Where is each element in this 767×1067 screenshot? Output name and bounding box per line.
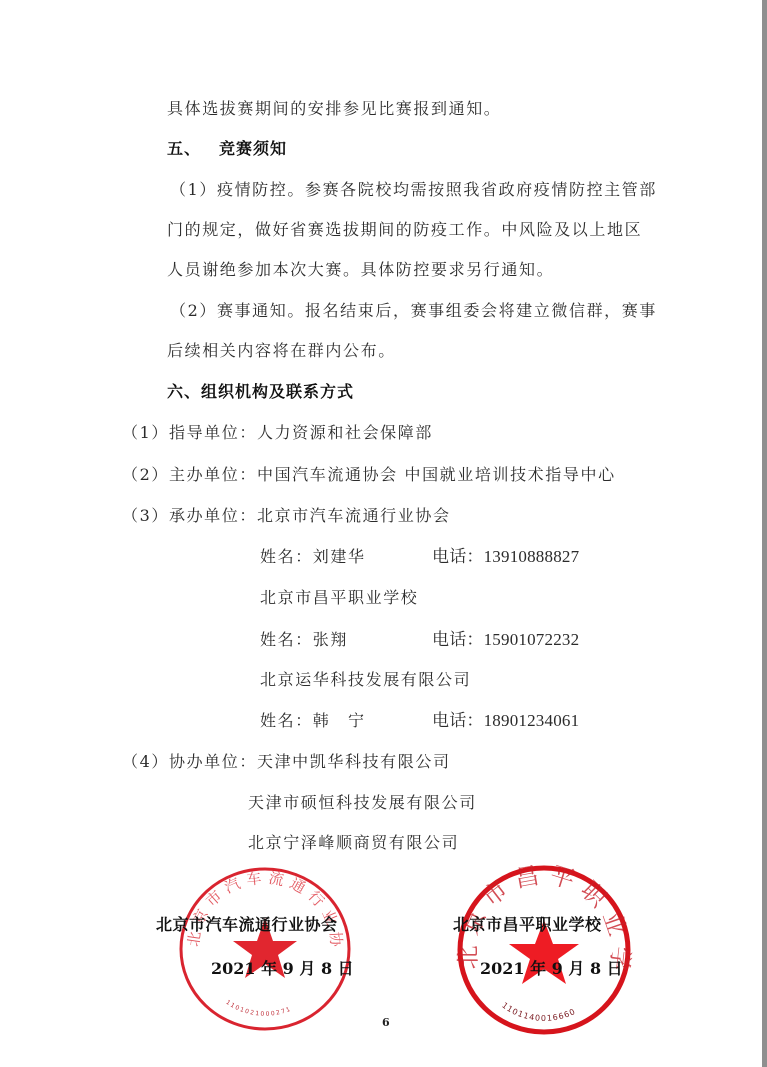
contact-phone: 电话：13910888827 bbox=[432, 547, 579, 567]
section-5-heading: 五、竞赛须知 bbox=[167, 139, 287, 159]
paragraph-line: （2）赛事通知。报名结束后，赛事组委会将建立微信群，赛事 bbox=[170, 301, 657, 321]
section-6-heading: 六、组织机构及联系方式 bbox=[167, 382, 354, 402]
contact-phone: 电话：15901072232 bbox=[432, 630, 579, 650]
signature-org: 北京市汽车流通行业协会 bbox=[156, 912, 338, 935]
contact-name: 姓名：张翔 bbox=[260, 630, 348, 650]
co-organizer: 天津市硕恒科技发展有限公司 bbox=[248, 793, 477, 813]
co-organizer-unit: （4）协办单位：天津中凯华科技有限公司 bbox=[122, 752, 451, 772]
contact-org: 北京市昌平职业学校 bbox=[260, 588, 418, 608]
contact-phone: 电话：18901234061 bbox=[432, 711, 579, 731]
seal-code: 1101021000271 bbox=[225, 999, 293, 1018]
seal-changping-school: 北京市昌平职业学校 1101140016660 bbox=[455, 864, 633, 1036]
signature-date: 2021 年 9 月 8 日 bbox=[211, 956, 354, 979]
paragraph-line: 人员谢绝参加本次大赛。具体防控要求另行通知。 bbox=[167, 260, 554, 280]
co-organizer: 北京宁泽峰顺商贸有限公司 bbox=[248, 833, 459, 853]
contact-org: 北京运华科技发展有限公司 bbox=[260, 670, 471, 690]
page-edge-scrollbar bbox=[762, 0, 767, 1067]
organizer-unit: （3）承办单位：北京市汽车流通行业协会 bbox=[122, 506, 451, 526]
paragraph-line: 门的规定，做好省赛选拔期间的防疫工作。中风险及以上地区 bbox=[167, 220, 642, 240]
svg-text:1101140016660: 1101140016660 bbox=[500, 1001, 577, 1023]
signature-org: 北京市昌平职业学校 bbox=[453, 912, 602, 935]
signature-date: 2021 年 9 月 8 日 bbox=[480, 956, 623, 979]
guide-unit: （1）指导单位：人力资源和社会保障部 bbox=[122, 423, 433, 443]
seal-code: 1101140016660 bbox=[500, 1001, 577, 1023]
seal-auto-association: 北京市汽车流通行业协会 1101021000271 bbox=[178, 866, 352, 1032]
contact-name: 姓名：刘建华 bbox=[260, 547, 366, 567]
intro-line: 具体选拔赛期间的安排参见比赛报到通知。 bbox=[167, 99, 501, 119]
page-number: 6 bbox=[382, 1016, 390, 1029]
host-unit: （2）主办单位：中国汽车流通协会 中国就业培训技术指导中心 bbox=[122, 465, 616, 485]
svg-text:1101021000271: 1101021000271 bbox=[225, 999, 293, 1018]
section-5-title: 竞赛须知 bbox=[219, 139, 287, 158]
section-5-number: 五、 bbox=[167, 139, 201, 158]
contact-name: 姓名：韩 宁 bbox=[260, 711, 366, 731]
paragraph-line: 后续相关内容将在群内公布。 bbox=[167, 341, 396, 361]
paragraph-line: （1）疫情防控。参赛各院校均需按照我省政府疫情防控主管部 bbox=[170, 180, 657, 200]
